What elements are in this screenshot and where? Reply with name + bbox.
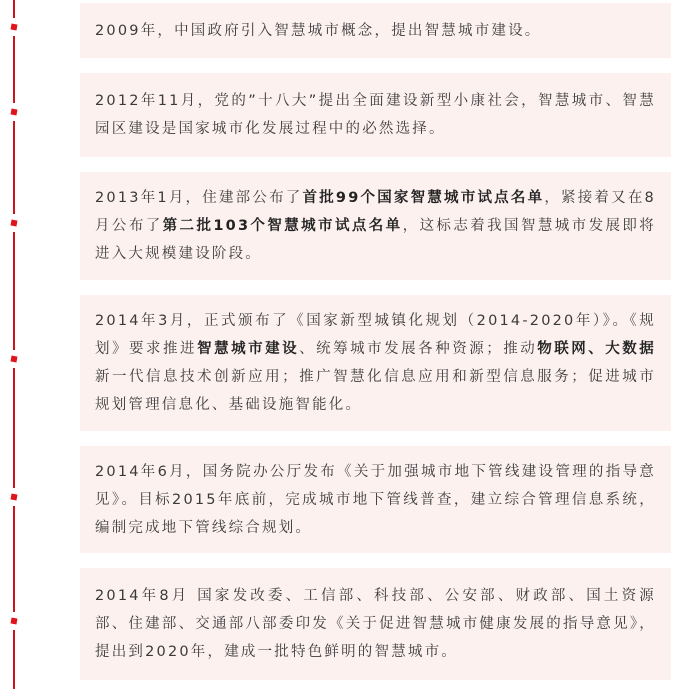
timeline-dot-icon (11, 494, 18, 501)
body-text: 、统筹城市发展各种资源；推动 (299, 341, 537, 357)
timeline-card-2013: 2013年1月，住建部公布了首批99个国家智慧城市试点名单，紧接着又在8月公布了… (80, 172, 671, 280)
timeline-card-text: 2014年6月，国务院办公厅发布《关于加强城市地下管线建设管理的指导意见》。目标… (95, 458, 656, 542)
timeline-dot-icon (11, 356, 18, 363)
timeline-dot-icon (11, 220, 18, 227)
emphasis-text: 首批99个国家智慧城市试点名单 (303, 190, 545, 206)
body-text: 2009年，中国政府引入智慧城市概念，提出智慧城市建设。 (95, 23, 542, 39)
body-text: 新一代信息技术创新应用；推广智慧化信息应用和新型信息服务；促进城市规划管理信息化… (95, 369, 656, 413)
emphasis-text: 物联网、大数据 (537, 341, 656, 357)
body-text: 2014年8月 国家发改委、工信部、科技部、公安部、财政部、国土资源部、住建部、… (95, 588, 656, 660)
timeline-dot-icon (11, 618, 18, 625)
emphasis-text: 第二批103个智慧城市试点名单 (163, 218, 403, 234)
timeline-card-text: 2014年3月，正式颁布了《国家新型城镇化规划（2014-2020年）》。《规划… (95, 307, 656, 419)
body-text: 2012年11月，党的”十八大”提出全面建设新型小康社会，智慧城市、智慧园区建设… (95, 93, 656, 137)
timeline-card-2014-06: 2014年6月，国务院办公厅发布《关于加强城市地下管线建设管理的指导意见》。目标… (80, 446, 671, 553)
timeline-card-text: 2009年，中国政府引入智慧城市概念，提出智慧城市建设。 (95, 17, 542, 45)
timeline-card-text: 2012年11月，党的”十八大”提出全面建设新型小康社会，智慧城市、智慧园区建设… (95, 87, 656, 143)
body-text: 2013年1月，住建部公布了 (95, 190, 303, 206)
body-text: 2014年6月，国务院办公厅发布《关于加强城市地下管线建设管理的指导意见》。目标… (95, 464, 656, 536)
timeline-card-2009: 2009年，中国政府引入智慧城市概念，提出智慧城市建设。 (80, 3, 671, 58)
timeline-dot-icon (11, 24, 18, 31)
timeline-card-2012: 2012年11月，党的”十八大”提出全面建设新型小康社会，智慧城市、智慧园区建设… (80, 73, 671, 157)
timeline-card-text: 2014年8月 国家发改委、工信部、科技部、公安部、财政部、国土资源部、住建部、… (95, 582, 656, 666)
emphasis-text: 智慧城市建设 (197, 341, 299, 357)
timeline-card-text: 2013年1月，住建部公布了首批99个国家智慧城市试点名单，紧接着又在8月公布了… (95, 184, 656, 268)
timeline-card-2014-03: 2014年3月，正式颁布了《国家新型城镇化规划（2014-2020年）》。《规划… (80, 295, 671, 431)
timeline-dot-icon (11, 109, 18, 116)
timeline-card-2014-08: 2014年8月 国家发改委、工信部、科技部、公安部、财政部、国土资源部、住建部、… (80, 568, 671, 680)
